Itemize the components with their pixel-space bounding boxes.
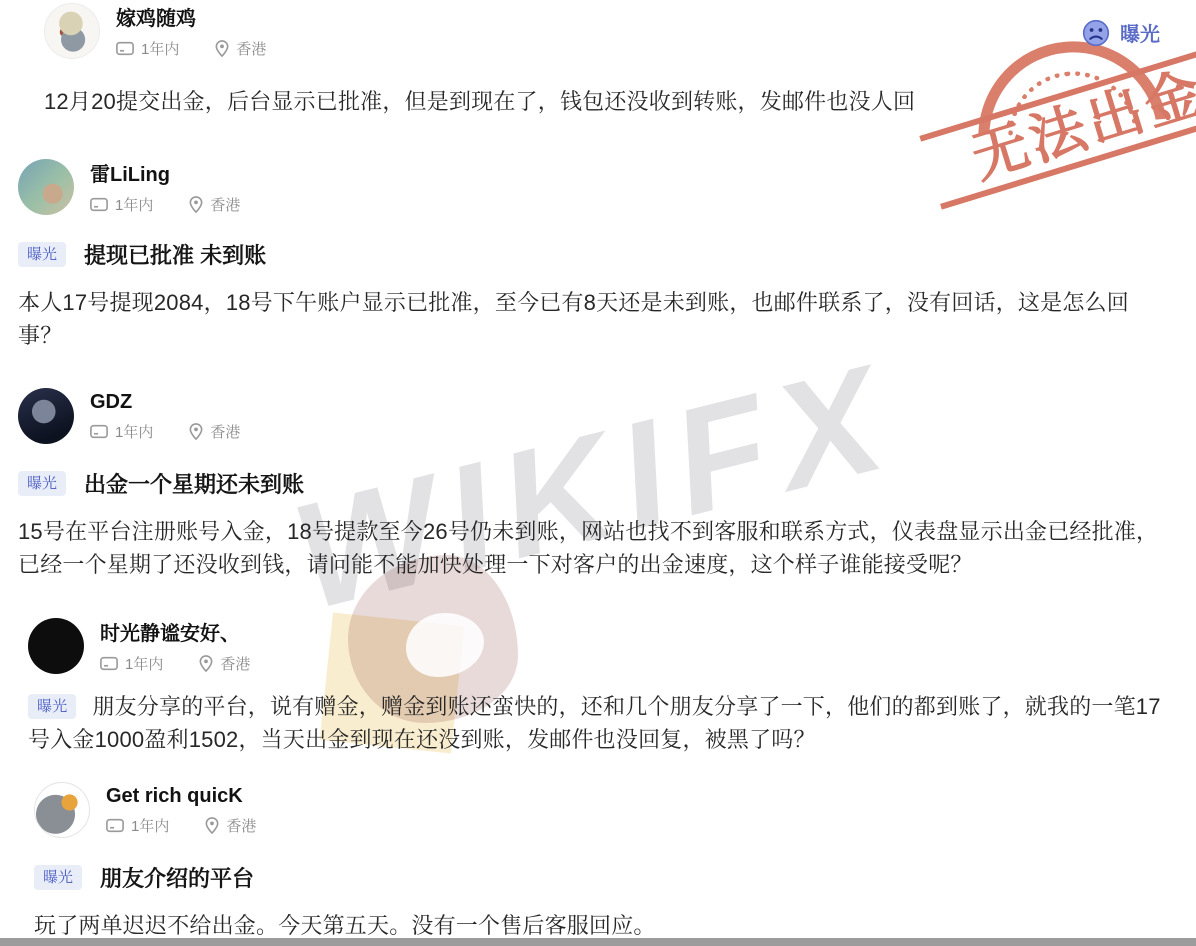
avatar[interactable] (18, 159, 74, 215)
post: 雷LiLing 1年内 香港 (0, 158, 1196, 352)
post-title[interactable]: 提现已批准 未到账 (84, 239, 266, 270)
calendar-icon (90, 424, 108, 439)
post-time: 1年内 (115, 421, 153, 442)
post-location: 香港 (226, 815, 256, 836)
complaint-feed: 嫁鸡随鸡 1年内 香港 12月2 (0, 0, 1196, 942)
post-time: 1年内 (131, 815, 169, 836)
post-location: 香港 (210, 194, 240, 215)
username[interactable]: 时光静谧安好、 (100, 617, 250, 646)
calendar-icon (106, 818, 124, 833)
post-location: 香港 (210, 421, 240, 442)
location-pin-icon (205, 817, 219, 834)
post: Get rich quicK 1年内 香港 (0, 782, 1196, 942)
calendar-icon (116, 41, 134, 56)
expose-badge: 曝光 (18, 242, 66, 267)
post: GDZ 1年内 香港 (0, 388, 1196, 581)
location-pin-icon (199, 655, 213, 672)
expose-button[interactable]: 曝光 (1082, 18, 1160, 47)
post: 嫁鸡随鸡 1年内 香港 12月2 (0, 0, 1196, 118)
expose-badge: 曝光 (34, 865, 82, 890)
post: 时光静谧安好、 1年内 香港 (0, 617, 1196, 756)
avatar[interactable] (28, 618, 84, 674)
post-body: 15号在平台注册账号入金，18号提款至今26号仍未到账，网站也找不到客服和联系方… (18, 515, 1166, 581)
post-title[interactable]: 出金一个星期还未到账 (84, 468, 304, 499)
post-time: 1年内 (141, 38, 179, 59)
post-location: 香港 (236, 38, 266, 59)
post-body: 本人17号提现2084，18号下午账户显示已批准，至今已有8天还是未到账，也邮件… (18, 286, 1166, 352)
expose-badge: 曝光 (18, 471, 66, 496)
sad-face-icon (1082, 19, 1110, 47)
expose-button-label: 曝光 (1120, 18, 1160, 47)
post-location: 香港 (220, 653, 250, 674)
avatar[interactable] (44, 3, 100, 59)
post-body: 曝光朋友分享的平台，说有赠金，赠金到账还蛮快的，还和几个朋友分享了一下，他们的都… (28, 690, 1166, 756)
username[interactable]: GDZ (90, 391, 240, 414)
bottom-scrollbar[interactable] (0, 938, 1196, 946)
expose-badge: 曝光 (28, 694, 76, 719)
username[interactable]: 嫁鸡随鸡 (116, 2, 266, 31)
calendar-icon (100, 656, 118, 671)
post-body: 12月20提交出金，后台显示已批准，但是到现在了，钱包还没收到转账，发邮件也没人… (44, 85, 1166, 118)
post-body-text: 朋友分享的平台，说有赠金，赠金到账还蛮快的，还和几个朋友分享了一下，他们的都到账… (28, 694, 1161, 752)
avatar[interactable] (34, 782, 90, 838)
post-time: 1年内 (115, 194, 153, 215)
username[interactable]: 雷LiLing (90, 158, 240, 187)
location-pin-icon (189, 196, 203, 213)
avatar[interactable] (18, 388, 74, 444)
location-pin-icon (189, 423, 203, 440)
username[interactable]: Get rich quicK (106, 785, 256, 808)
post-time: 1年内 (125, 653, 163, 674)
calendar-icon (90, 197, 108, 212)
post-title[interactable]: 朋友介绍的平台 (100, 862, 254, 893)
location-pin-icon (215, 40, 229, 57)
